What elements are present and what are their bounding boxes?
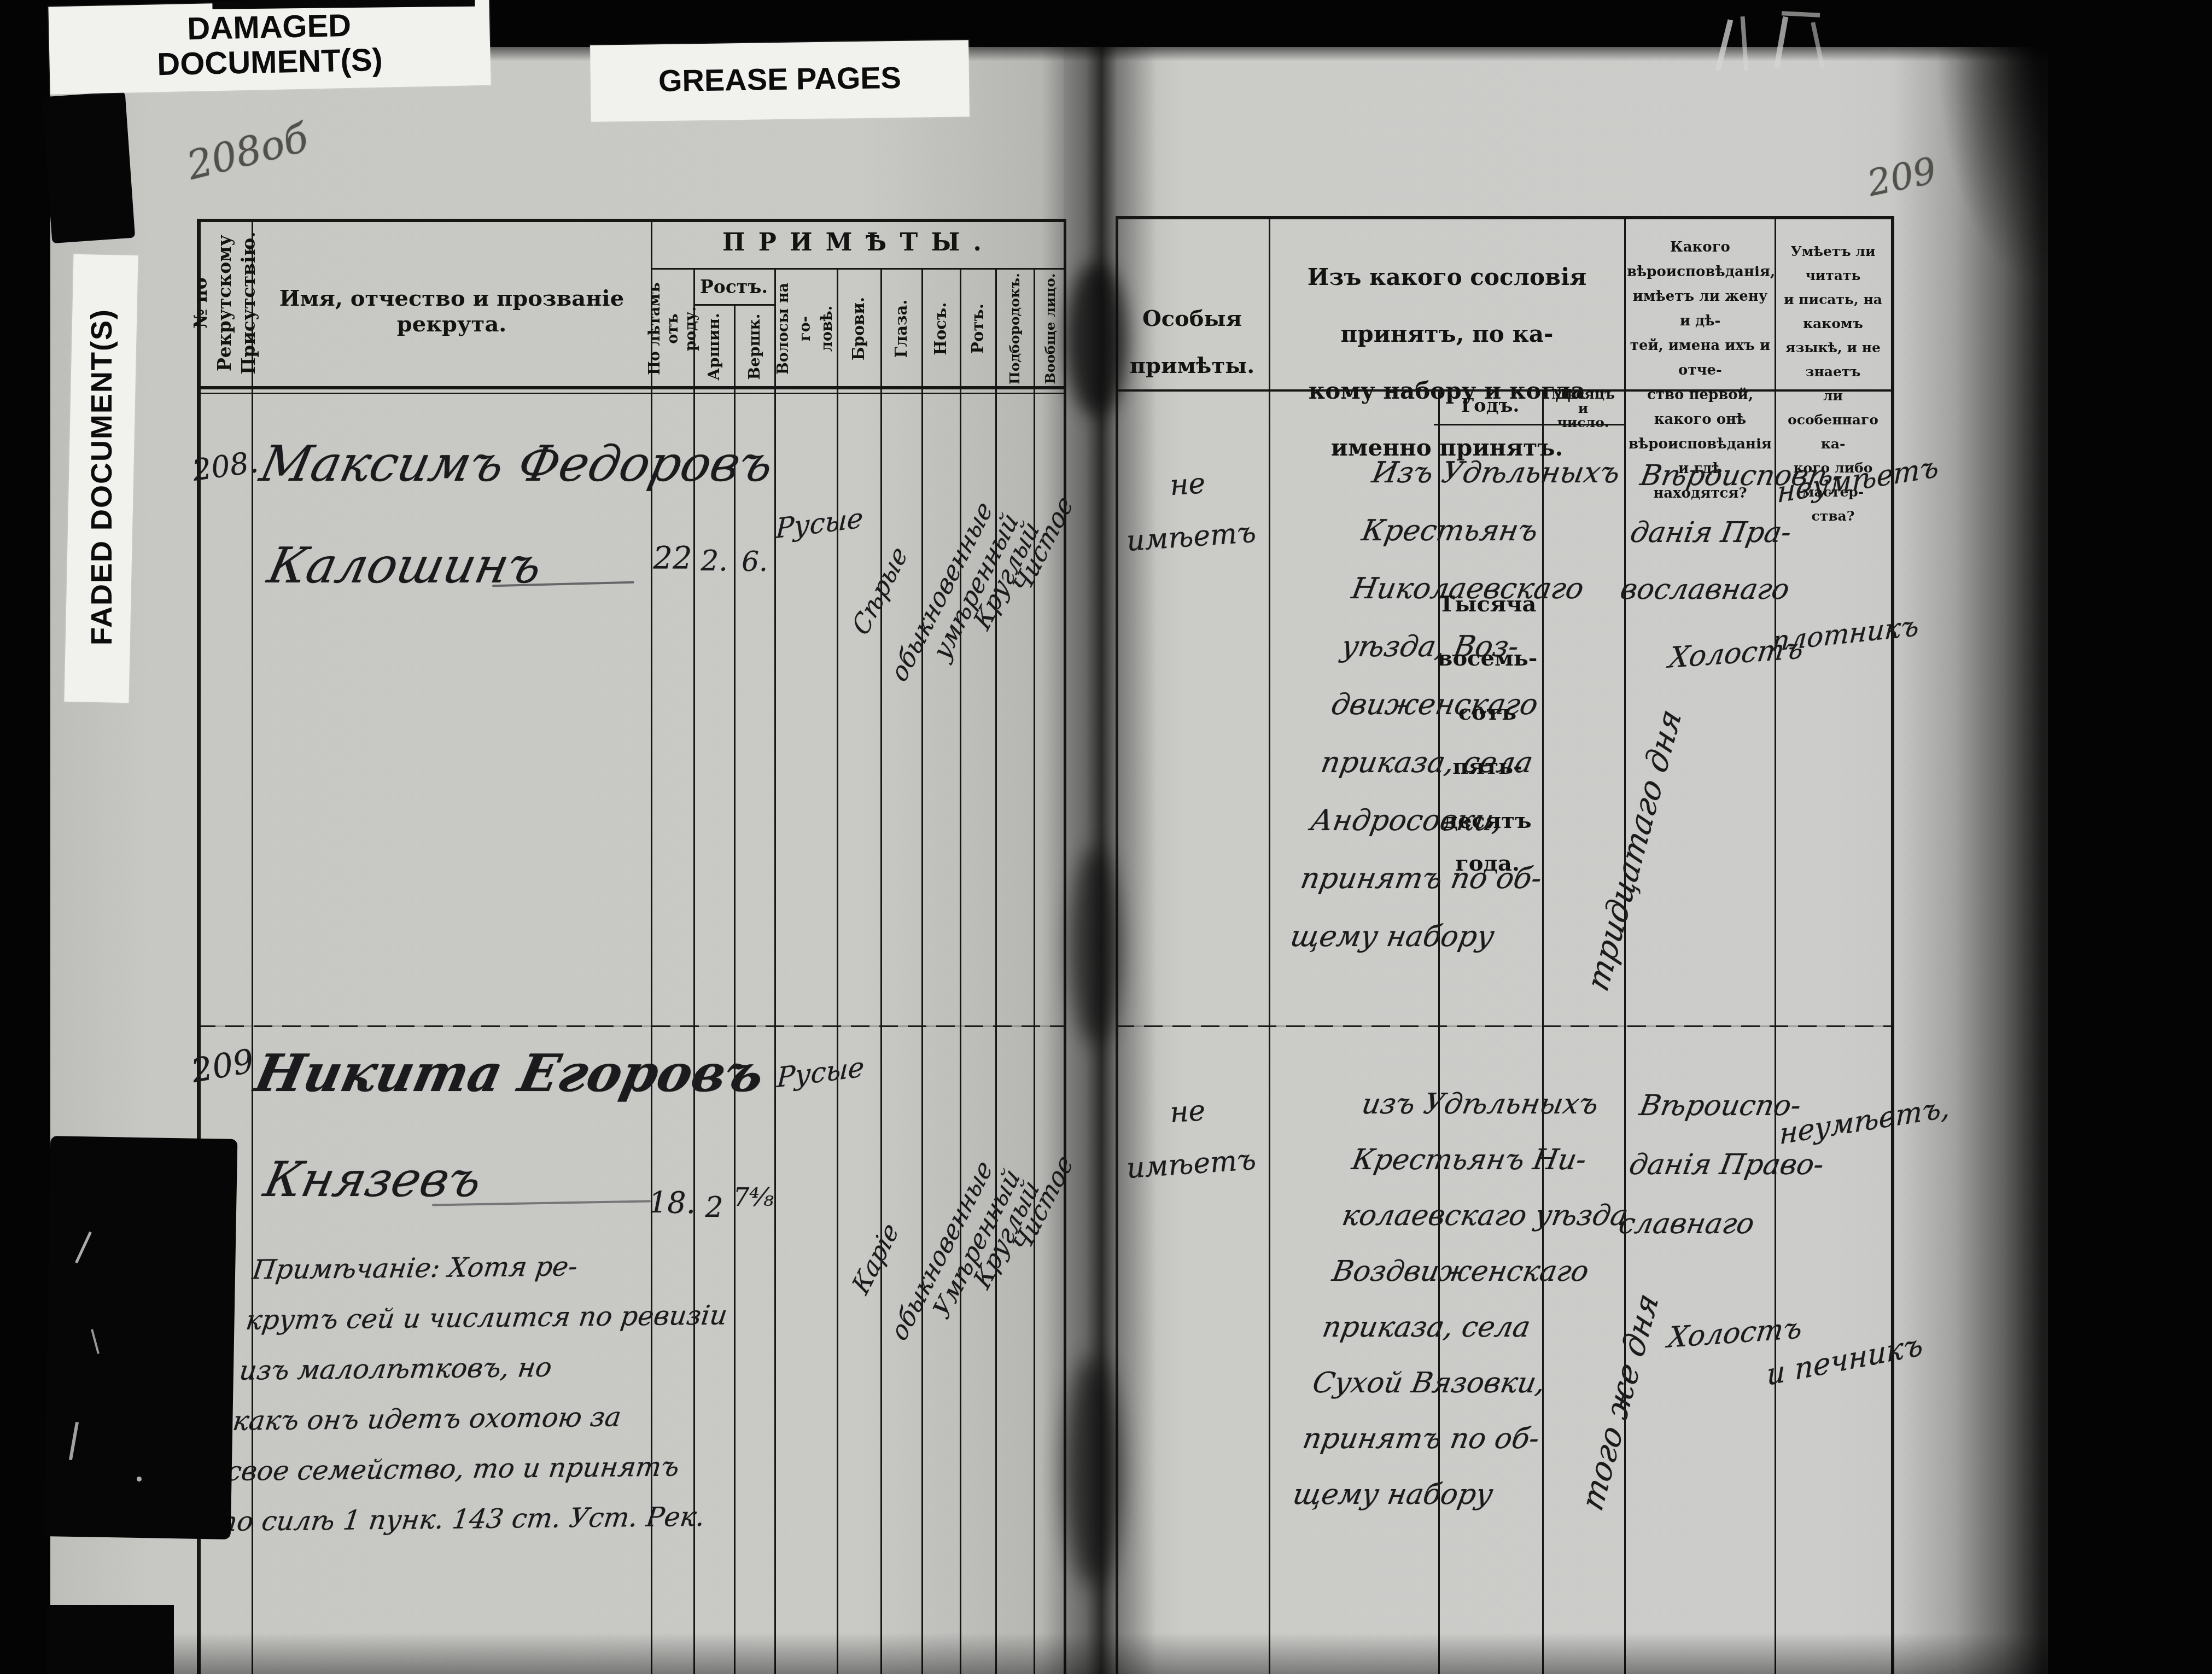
row2-note: Примѣчаніе: Хотя ре- крутъ сей и числитс…: [217, 1240, 759, 1547]
damaged-document-label: DAMAGED DOCUMENT(S): [48, 0, 491, 94]
clip-scratch: [137, 1477, 142, 1481]
table-line: [651, 268, 1066, 270]
group-header-estate: Изъ какого сословія принятъ, по ка- кому…: [1274, 249, 1620, 476]
col-header-year: Годъ.: [1438, 395, 1542, 417]
table-line: [774, 268, 776, 1674]
table-line: [1269, 216, 1270, 1674]
col-header-month-day: Мѣсяцъ и число.: [1542, 387, 1624, 430]
film-scratch-mark: [1782, 11, 1820, 18]
col-header-vershok: Вершк.: [736, 306, 772, 387]
grease-label-text: GREASE PAGES: [591, 59, 970, 100]
row1-year-word: года.: [1434, 850, 1541, 876]
row1-special-marks: не имѣетъ: [1118, 454, 1262, 568]
table-line: [1116, 216, 1894, 219]
row1-name-line1: Максимъ Федоровъ: [255, 435, 779, 493]
col-header-arshin: Аршин.: [696, 306, 732, 387]
table-line: [1891, 216, 1894, 1674]
damaged-label-text: DAMAGED DOCUMENT(S): [49, 5, 491, 85]
row2-special-marks: не имѣетъ: [1118, 1081, 1262, 1195]
table-line: [1064, 219, 1066, 1674]
row1-vershok: 6.: [735, 546, 774, 578]
table-line: [995, 268, 997, 1674]
grease-pages-label: GREASE PAGES: [590, 40, 970, 122]
row-divider: [197, 1025, 1066, 1027]
col-header-recruit-number: № по Рекрутскому Присутствію.: [199, 218, 250, 388]
col-header-brows: Брови.: [839, 270, 878, 387]
table-line: [734, 304, 736, 1674]
col-header-chin: Подбородокъ.: [997, 270, 1031, 387]
row2-vershok: 7⁴⁄₈: [732, 1182, 775, 1212]
row1-arshin: 2.: [694, 545, 734, 578]
row1-year-printed: Тысяча восемь- сотъ пять- десятъ: [1434, 577, 1541, 848]
row-divider: [1116, 1025, 1894, 1027]
group-header-primety: ПРИМѢТЫ.: [651, 229, 1066, 256]
col-header-eyes: Глаза.: [883, 270, 920, 387]
table-line: [1116, 216, 1118, 1674]
table-line: [837, 268, 838, 1674]
row2-age: 18.: [649, 1186, 692, 1220]
row1-age: 22: [652, 540, 693, 576]
film-clip-bottom: [47, 1605, 174, 1674]
col-header-name: Имя, отчество и прозваніе рекрута.: [257, 285, 646, 337]
row2-religion: Вѣроиспо- данія Право- славнаго: [1614, 1076, 1839, 1253]
table-line: [921, 268, 923, 1674]
col-header-special-marks: Особыя примѣты.: [1116, 295, 1269, 389]
table-line: [197, 219, 1066, 222]
table-line: [880, 268, 882, 1674]
microfilm-scan: № по Рекрутскому Присутствію. Имя, отчес…: [0, 0, 2212, 1674]
film-clip-top: [42, 91, 135, 243]
row2-arshin: 2: [696, 1191, 733, 1224]
table-line: [960, 268, 961, 1674]
col-header-nose: Носъ.: [924, 270, 958, 387]
col-header-age: По лѣтамъ отъ роду.: [653, 270, 692, 387]
faded-label-text: FADED DOCUMENT(S): [74, 258, 129, 696]
col-header-face: Вообще лицо.: [1036, 270, 1064, 387]
row2-name-line2: Князевъ: [259, 1151, 487, 1208]
group-header-height: Ростъ.: [693, 276, 774, 298]
table-line: [1034, 268, 1035, 1674]
row2-name-line1: Никита Егоровъ: [249, 1043, 769, 1104]
col-header-mouth: Ротъ.: [962, 270, 994, 387]
col-header-hair: Волосы на го- ловѣ.: [777, 270, 834, 387]
table-line: [197, 393, 1066, 394]
